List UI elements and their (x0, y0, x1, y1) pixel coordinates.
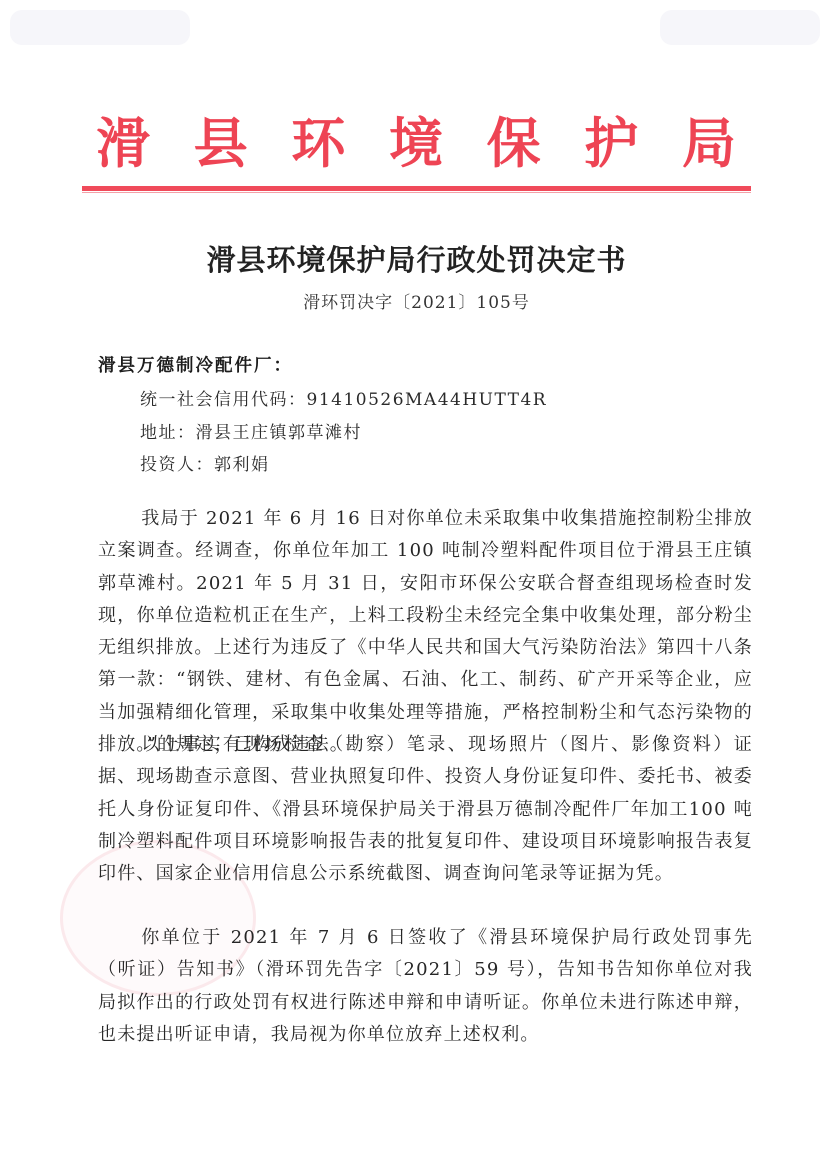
document-title: 滑县环境保护局行政处罚决定书 (0, 238, 833, 279)
scan-artifact (10, 10, 190, 45)
scan-artifact (660, 10, 820, 45)
letterhead-char: 环 (291, 116, 345, 170)
paragraph-notice: 你单位于 2021 年 7 月 6 日签收了《滑县环境保护局行政处罚事先（听证）… (98, 922, 753, 1051)
address: 地址：滑县王庄镇郭草滩村 (140, 418, 362, 443)
recipient-name: 滑县万德制冷配件厂： (98, 352, 293, 377)
letterhead-divider (82, 186, 751, 191)
investor: 投资人：郭利娟 (140, 450, 270, 475)
letterhead-char: 保 (487, 116, 541, 170)
letterhead-char: 县 (194, 116, 248, 170)
letterhead-char: 局 (682, 116, 736, 170)
document-page: 滑 县 环 境 保 护 局 滑县环境保护局行政处罚决定书 滑环罚决字〔2021〕… (0, 0, 833, 1174)
letterhead-divider-thin (82, 192, 751, 193)
letterhead-char: 滑 (96, 116, 150, 170)
paragraph-evidence: 以上事实有现场检查（勘察）笔录、现场照片（图片、影像资料）证据、现场勘查示意图、… (98, 729, 753, 890)
paragraph-investigation: 我局于 2021 年 6 月 16 日对你单位未采取集中收集措施控制粉尘排放立案… (98, 503, 753, 761)
letterhead-char: 境 (389, 116, 443, 170)
document-number: 滑环罚决字〔2021〕105号 (0, 288, 833, 313)
credit-code: 统一社会信用代码：91410526MA44HUTT4R (140, 385, 547, 410)
letterhead-char: 护 (584, 116, 638, 170)
letterhead: 滑 县 环 境 保 护 局 (96, 108, 736, 178)
